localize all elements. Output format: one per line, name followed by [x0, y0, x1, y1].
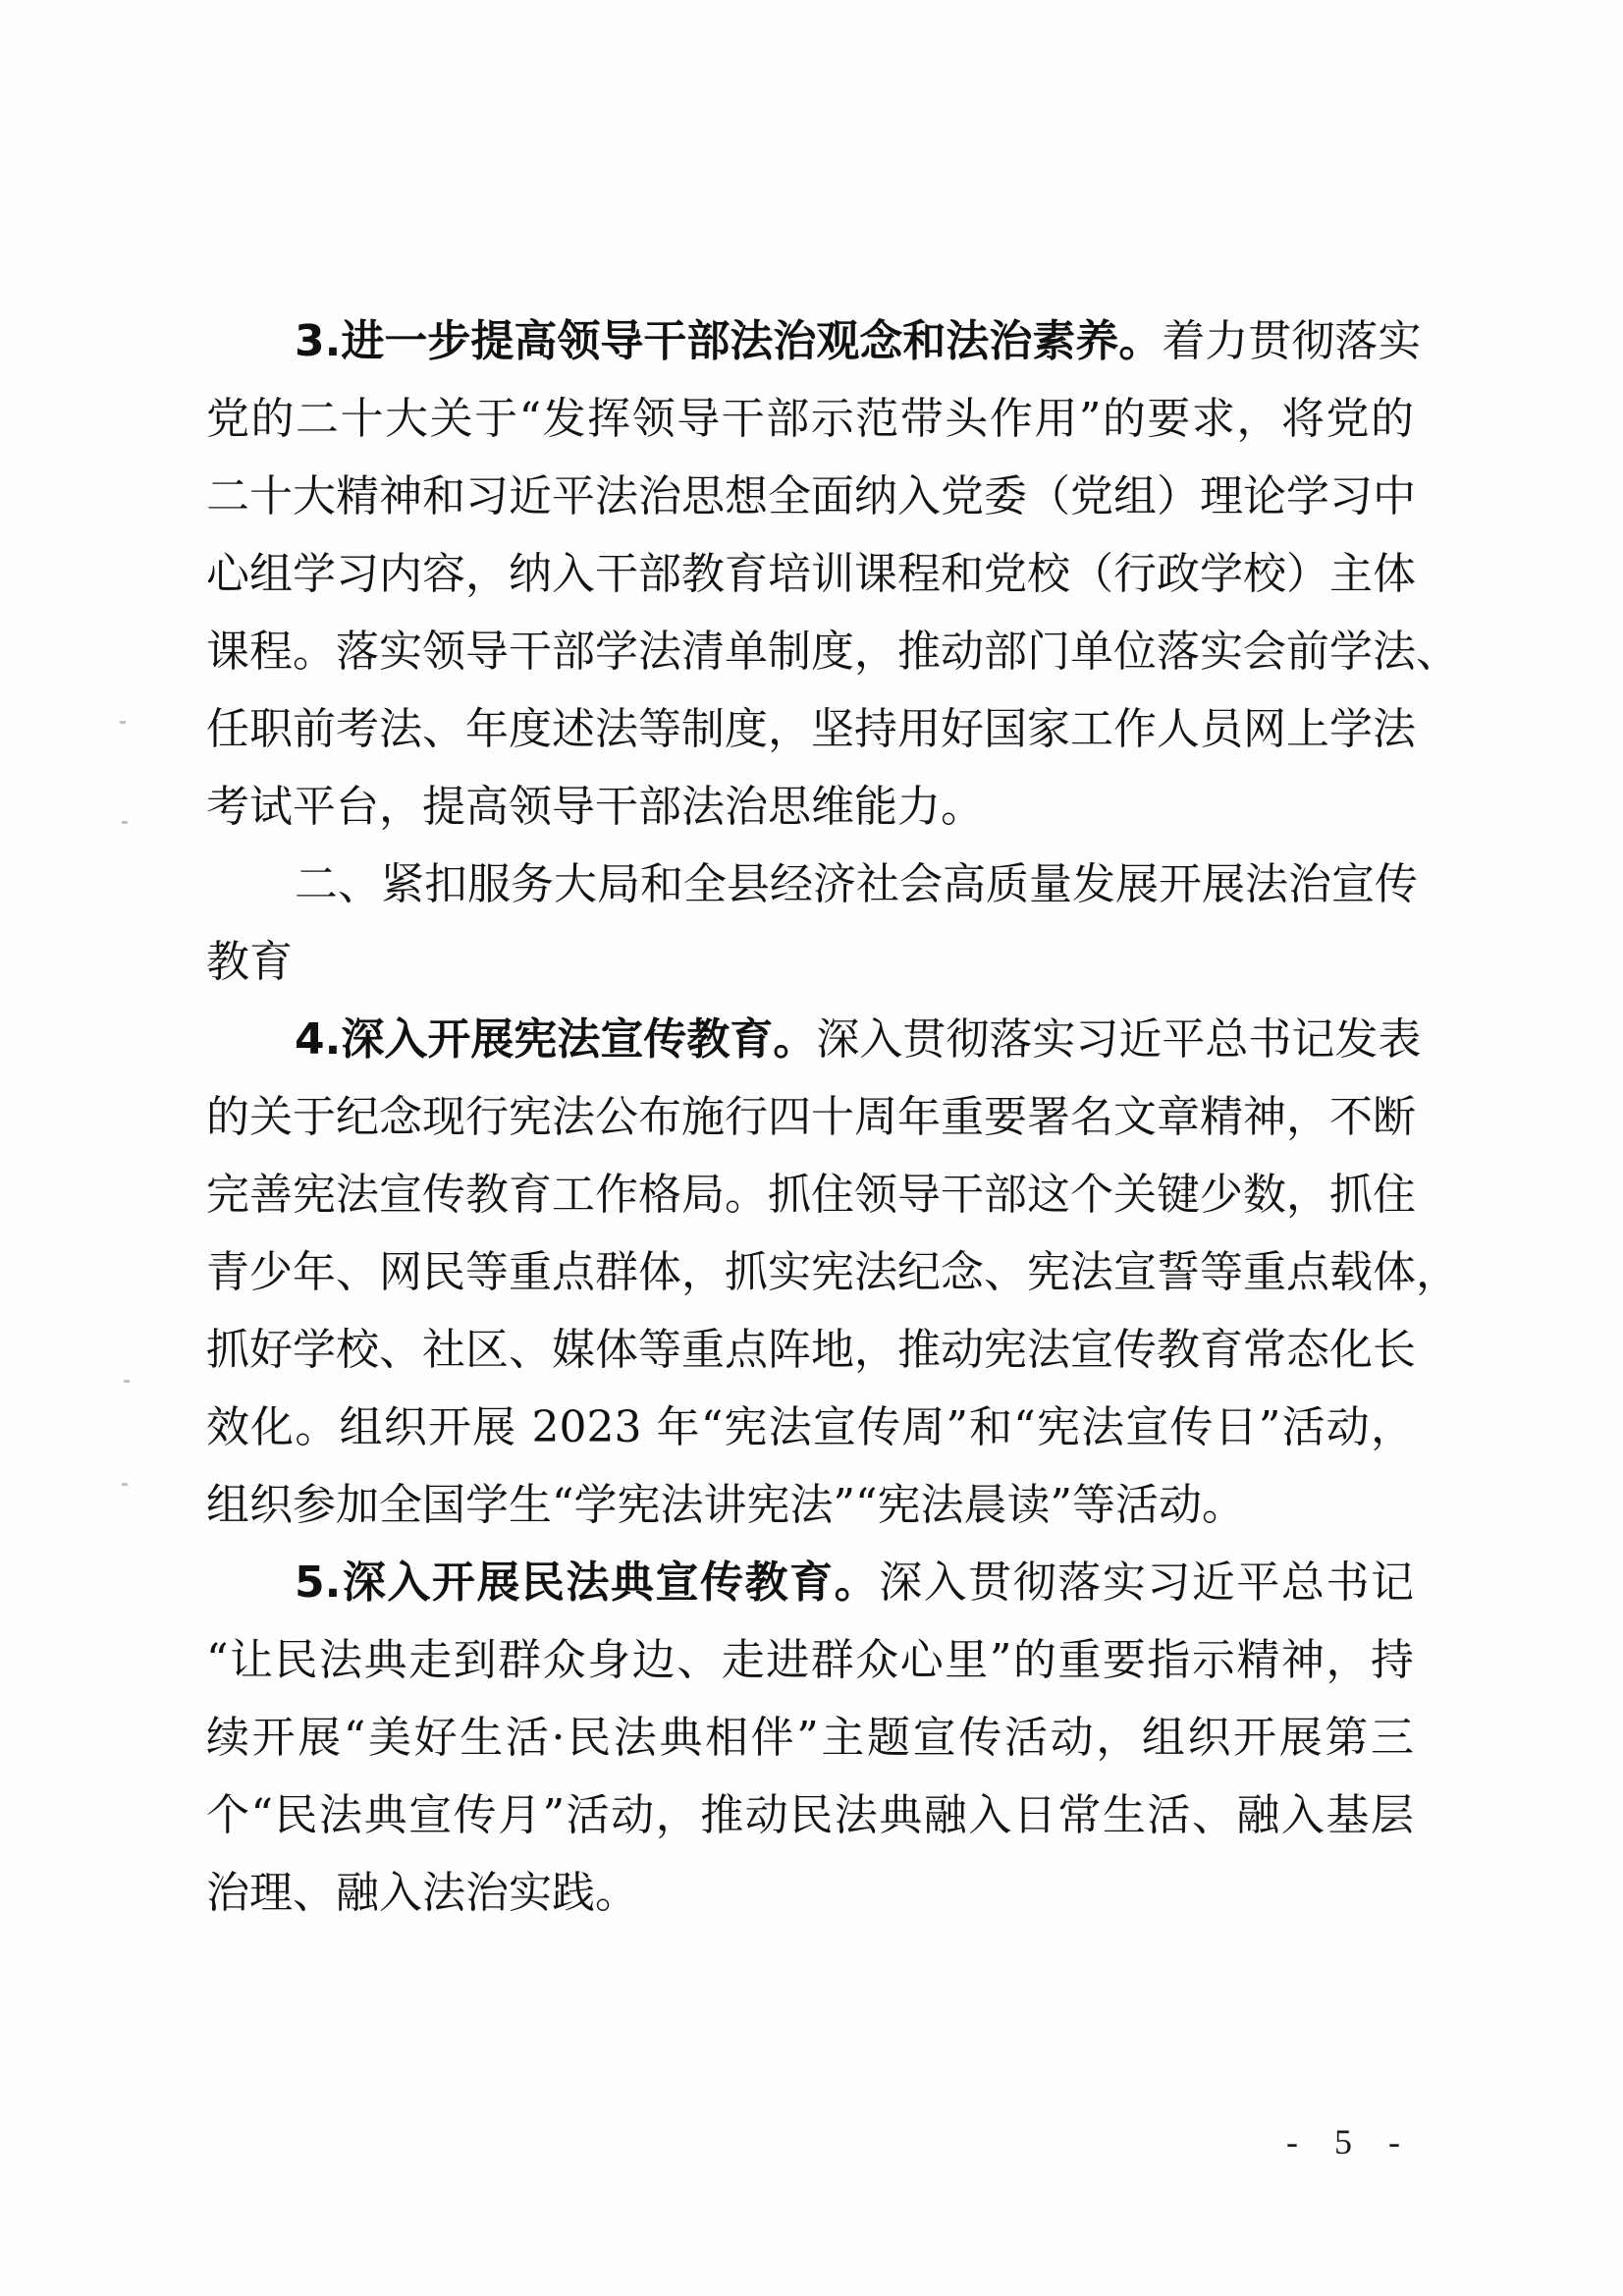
- item-5-line-5: 治理、融入法治实践。: [206, 1868, 1414, 1945]
- item-3-line-3: 二十大精神和习近平法治思想全面纳入党委（党组）理论学习中: [206, 471, 1414, 549]
- item-3-paragraph: 3.进一步提高领导干部法治观念和法治素养。着力贯彻落实 党的二十大关于“发挥领导…: [206, 316, 1414, 859]
- item-4-line-3: 完善宪法宣传教育工作格局。抓住领导干部这个关键少数，抓住: [206, 1170, 1414, 1247]
- item-4-line-5: 抓好学校、社区、媒体等重点阵地，推动宪法宣传教育常态化长: [206, 1325, 1414, 1402]
- item-5-line-1: 5.深入开展民法典宣传教育。深入贯彻落实习近平总书记: [206, 1558, 1414, 1635]
- item-3-line-4: 心组学习内容，纳入干部教育培训课程和党校（行政学校）主体: [206, 549, 1414, 627]
- item-5-paragraph: 5.深入开展民法典宣传教育。深入贯彻落实习近平总书记 “让民法典走到群众身边、走…: [206, 1558, 1414, 1945]
- section-2-heading-line-1: 二、紧扣服务大局和全县经济社会高质量发展开展法治宣传: [206, 859, 1414, 937]
- item-5-line-3: 续开展“美好生活·民法典相伴”主题宣传活动，组织开展第三: [206, 1713, 1414, 1790]
- item-3-title: 3.进一步提高领导干部法治观念和法治素养。: [295, 316, 1162, 366]
- item-4-line-6: 效化。组织开展 2023 年“宪法宣传周”和“宪法宣传日”活动，: [206, 1402, 1414, 1480]
- item-4-line-1: 4.深入开展宪法宣传教育。深入贯彻落实习近平总书记发表: [206, 1014, 1414, 1092]
- scan-artifact: [122, 1483, 128, 1486]
- item-4-paragraph: 4.深入开展宪法宣传教育。深入贯彻落实习近平总书记发表 的关于纪念现行宪法公布施…: [206, 1014, 1414, 1558]
- item-3-line-7: 考试平台，提高领导干部法治思维能力。: [206, 782, 1414, 859]
- item-4-line-7: 组织参加全国学生“学宪法讲宪法”“宪法晨读”等活动。: [206, 1480, 1414, 1558]
- section-2-heading-line-2: 教育: [206, 937, 1414, 1014]
- document-body: 3.进一步提高领导干部法治观念和法治素养。着力贯彻落实 党的二十大关于“发挥领导…: [206, 316, 1414, 1945]
- scan-artifact: [120, 721, 126, 724]
- item-3-line-2: 党的二十大关于“发挥领导干部示范带头作用”的要求，将党的: [206, 394, 1414, 471]
- item-5-title: 5.深入开展民法典宣传教育。: [295, 1558, 879, 1608]
- item-3-line-5: 课程。落实领导干部学法清单制度，推动部门单位落实会前学法、: [206, 627, 1414, 704]
- item-4-title: 4.深入开展宪法宣传教育。: [295, 1014, 816, 1065]
- item-3-line-1: 3.进一步提高领导干部法治观念和法治素养。着力贯彻落实: [206, 316, 1414, 394]
- item-5-text: 深入贯彻落实习近平总书记: [879, 1558, 1414, 1608]
- item-5-line-2: “让民法典走到群众身边、走进群众心里”的重要指示精神，持: [206, 1635, 1414, 1713]
- item-4-line-4: 青少年、网民等重点群体，抓实宪法纪念、宪法宣誓等重点载体，: [206, 1247, 1414, 1325]
- item-4-text: 深入贯彻落实习近平总书记发表: [816, 1014, 1421, 1065]
- scan-artifact: [122, 821, 128, 824]
- item-3-text: 着力贯彻落实: [1162, 316, 1421, 366]
- document-page: 3.进一步提高领导干部法治观念和法治素养。着力贯彻落实 党的二十大关于“发挥领导…: [0, 0, 1623, 2296]
- page-number: - 5 -: [1286, 2121, 1414, 2162]
- scan-artifact: [124, 1380, 130, 1383]
- item-5-line-4: 个“民法典宣传月”活动，推动民法典融入日常生活、融入基层: [206, 1790, 1414, 1868]
- item-4-line-2: 的关于纪念现行宪法公布施行四十周年重要署名文章精神，不断: [206, 1092, 1414, 1170]
- item-3-line-6: 任职前考法、年度述法等制度，坚持用好国家工作人员网上学法: [206, 704, 1414, 782]
- section-2-heading: 二、紧扣服务大局和全县经济社会高质量发展开展法治宣传 教育: [206, 859, 1414, 1014]
